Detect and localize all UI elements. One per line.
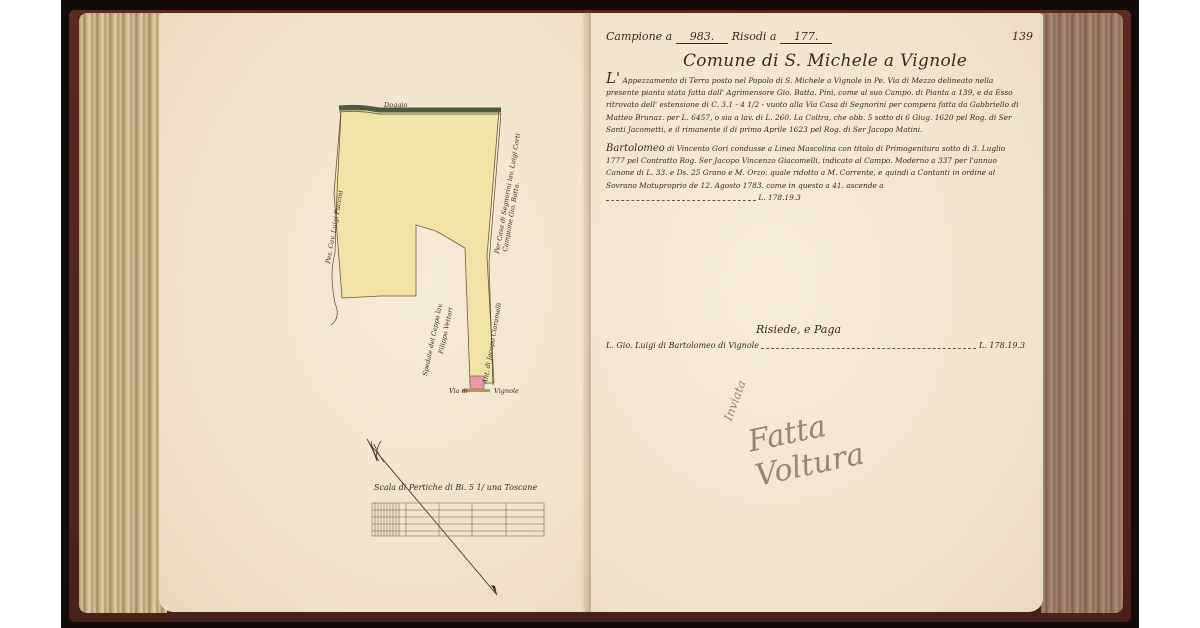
left-page: Doggio Pes. Cav. Luigi Puccini Per Casa … [159, 13, 591, 612]
parcel-map [159, 13, 591, 612]
dotted-leader [606, 195, 756, 201]
risodi-value: 177. [780, 30, 833, 44]
risodi-label: Risodi a [732, 30, 777, 43]
parcel-area [334, 110, 499, 383]
right-page-edges [1041, 13, 1123, 613]
campione-value: 983. [676, 30, 729, 44]
paragraph-1-text: Appezzamento di Terra posto nel Popolo d… [606, 76, 1019, 134]
risiede-amount: L. 178.19.3 [979, 341, 1025, 350]
page-number: 139 [1012, 30, 1033, 43]
pencil-note-small: Inviata [721, 378, 749, 422]
scale-title: Scala di Pertiche di Bi. 5 1/ una Toscan… [374, 483, 537, 492]
risiede-title: Risiede, e Paga [756, 323, 841, 336]
paragraph-2-text: di Vincento Gori condusse a Linea Mascol… [606, 144, 1005, 190]
right-page: Campione a 983. Risodi a 177. 139 Comune… [591, 13, 1043, 612]
paragraph-description: L' Appezzamento di Terra posto nel Popol… [606, 73, 1026, 136]
scale-bar [372, 503, 544, 536]
paragraph-owner-entry: Bartolomeo di Vincento Gori condusse a L… [606, 143, 1026, 204]
label-top-road: Doggio [384, 101, 407, 109]
risiede-dotted-leader [761, 343, 976, 349]
photo-background: Doggio Pes. Cav. Luigi Puccini Per Casa … [61, 0, 1139, 628]
top-road [339, 107, 501, 110]
pencil-note-large: Fatta Voltura [745, 402, 867, 493]
page-header: Campione a 983. Risodi a 177. [606, 30, 832, 43]
risiede-entry: L. Gio. Luigi di Bartolomeo di Vignole [606, 341, 759, 350]
left-page-edges [79, 13, 167, 613]
risiede-entry-line: L. Gio. Luigi di Bartolomeo di Vignole L… [606, 341, 1025, 350]
paragraph-1-lead: L' [606, 69, 620, 87]
paragraph-2-lead: Bartolomeo [606, 143, 665, 154]
label-bottom-road-left: Via di [449, 387, 468, 395]
label-bottom-road-right: Vignole [494, 387, 519, 395]
page-title: Comune di S. Michele a Vignole [683, 51, 967, 71]
campione-label: Campione a [606, 30, 672, 43]
paragraph-2-amount: L. 178.19.3 [758, 193, 801, 202]
